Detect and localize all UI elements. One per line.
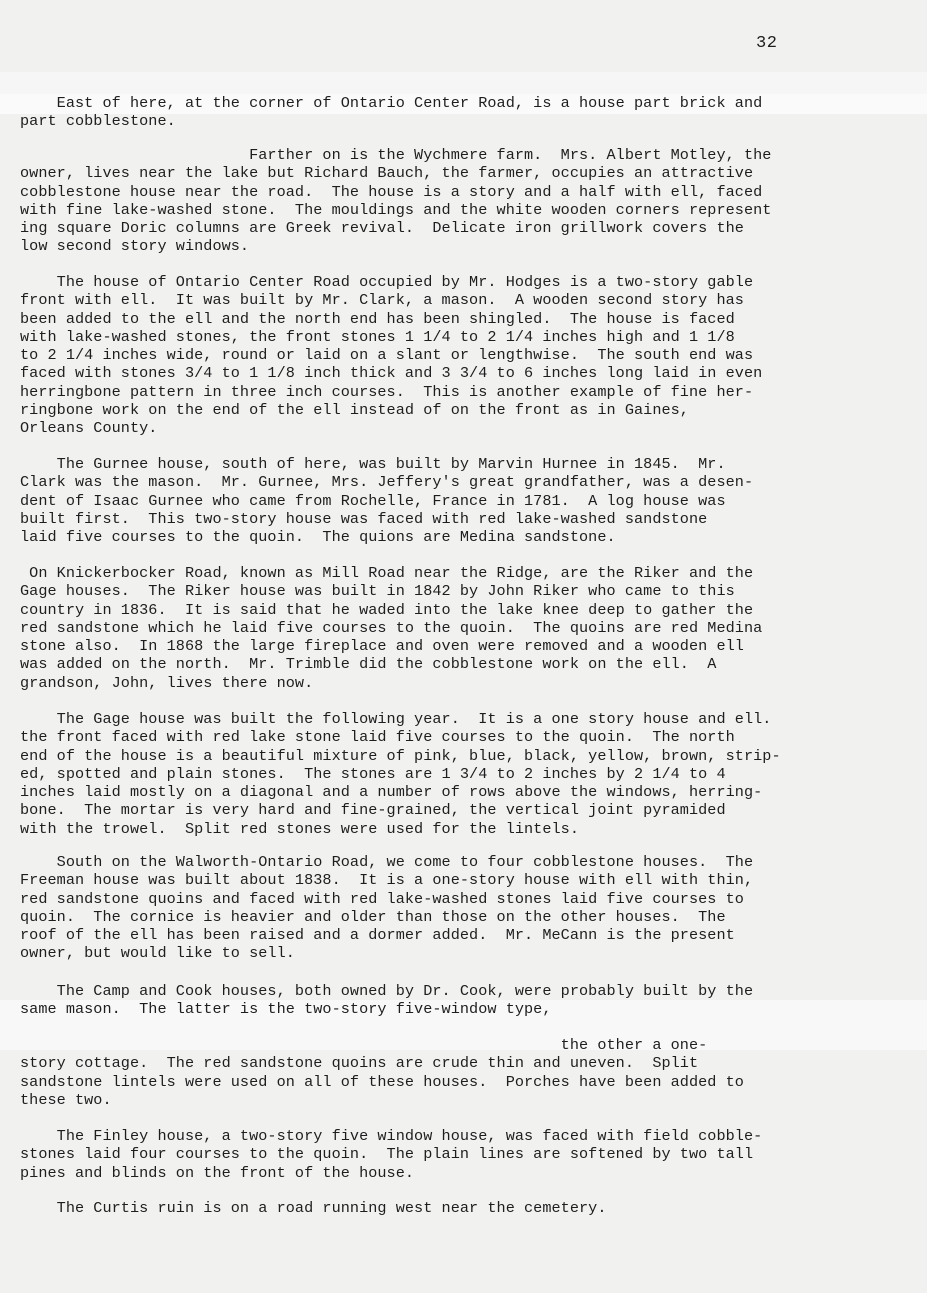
text-line: red sandstone quoins and faced with red … [20, 890, 920, 908]
text-line: The Finley house, a two-story five windo… [20, 1127, 920, 1145]
text-line: story cottage. The red sandstone quoins … [20, 1054, 920, 1072]
text-line: laid five courses to the quoin. The quio… [20, 528, 920, 546]
text-line: with the trowel. Split red stones were u… [20, 820, 920, 838]
paragraph-camp-cook-houses-a: The Camp and Cook houses, both owned by … [20, 982, 920, 1019]
paragraph-wychmere-farm: Farther on is the Wychmere farm. Mrs. Al… [20, 146, 920, 256]
text-line: low second story windows. [20, 237, 920, 255]
text-line: owner, but would like to sell. [20, 944, 920, 962]
text-line: built first. This two-story house was fa… [20, 510, 920, 528]
text-line: with fine lake-washed stone. The mouldin… [20, 201, 920, 219]
text-line: to 2 1/4 inches wide, round or laid on a… [20, 346, 920, 364]
text-line: The house of Ontario Center Road occupie… [20, 273, 920, 291]
page-number: 32 [756, 34, 777, 53]
text-line: bone. The mortar is very hard and fine-g… [20, 801, 920, 819]
text-line: South on the Walworth-Ontario Road, we c… [20, 853, 920, 871]
paragraph-camp-cook-houses-b: the other a one-story cottage. The red s… [20, 1036, 920, 1109]
text-line: dent of Isaac Gurnee who came from Roche… [20, 492, 920, 510]
text-line: The Gurnee house, south of here, was bui… [20, 455, 920, 473]
text-line: quoin. The cornice is heavier and older … [20, 908, 920, 926]
text-line: East of here, at the corner of Ontario C… [20, 94, 920, 112]
text-line: Freeman house was built about 1838. It i… [20, 871, 920, 889]
text-line: ringbone work on the end of the ell inst… [20, 401, 920, 419]
paragraph-freeman-house: South on the Walworth-Ontario Road, we c… [20, 853, 920, 963]
scan-band [0, 72, 927, 94]
text-line: Clark was the mason. Mr. Gurnee, Mrs. Je… [20, 473, 920, 491]
text-line: stone also. In 1868 the large fireplace … [20, 637, 920, 655]
text-line: owner, lives near the lake but Richard B… [20, 164, 920, 182]
text-line: pines and blinds on the front of the hou… [20, 1164, 920, 1182]
text-line: On Knickerbocker Road, known as Mill Roa… [20, 564, 920, 582]
text-line: front with ell. It was built by Mr. Clar… [20, 291, 920, 309]
text-line: end of the house is a beautiful mixture … [20, 747, 920, 765]
text-line: The Camp and Cook houses, both owned by … [20, 982, 920, 1000]
paragraph-riker-house: On Knickerbocker Road, known as Mill Roa… [20, 564, 920, 692]
text-line: cobblestone house near the road. The hou… [20, 183, 920, 201]
text-line: The Curtis ruin is on a road running wes… [20, 1199, 920, 1217]
text-line: Gage houses. The Riker house was built i… [20, 582, 920, 600]
paragraph-east-of-here: East of here, at the corner of Ontario C… [20, 94, 920, 131]
text-line: sandstone lintels were used on all of th… [20, 1073, 920, 1091]
text-line: ing square Doric columns are Greek reviv… [20, 219, 920, 237]
text-line: the other a one- [20, 1036, 920, 1054]
text-line: country in 1836. It is said that he wade… [20, 601, 920, 619]
text-line: Orleans County. [20, 419, 920, 437]
text-line: with lake-washed stones, the front stone… [20, 328, 920, 346]
paragraph-gage-house: The Gage house was built the following y… [20, 710, 920, 838]
text-line: been added to the ell and the north end … [20, 310, 920, 328]
text-line: inches laid mostly on a diagonal and a n… [20, 783, 920, 801]
paragraph-gurnee-house: The Gurnee house, south of here, was bui… [20, 455, 920, 546]
text-line: The Gage house was built the following y… [20, 710, 920, 728]
text-line: stones laid four courses to the quoin. T… [20, 1145, 920, 1163]
text-line: ed, spotted and plain stones. The stones… [20, 765, 920, 783]
text-line: faced with stones 3/4 to 1 1/8 inch thic… [20, 364, 920, 382]
text-line: roof of the ell has been raised and a do… [20, 926, 920, 944]
text-line: the front faced with red lake stone laid… [20, 728, 920, 746]
text-line: grandson, John, lives there now. [20, 674, 920, 692]
text-line: was added on the north. Mr. Trimble did … [20, 655, 920, 673]
text-line: red sandstone which he laid five courses… [20, 619, 920, 637]
paragraph-hodges-house: The house of Ontario Center Road occupie… [20, 273, 920, 438]
typewritten-page: 32 East of here, at the corner of Ontari… [0, 0, 927, 1293]
text-line: same mason. The latter is the two-story … [20, 1000, 920, 1018]
paragraph-finley-house: The Finley house, a two-story five windo… [20, 1127, 920, 1182]
text-line: Farther on is the Wychmere farm. Mrs. Al… [20, 146, 920, 164]
text-line: part cobblestone. [20, 112, 920, 130]
text-line: these two. [20, 1091, 920, 1109]
text-line: herringbone pattern in three inch course… [20, 383, 920, 401]
paragraph-curtis-ruin: The Curtis ruin is on a road running wes… [20, 1199, 920, 1217]
